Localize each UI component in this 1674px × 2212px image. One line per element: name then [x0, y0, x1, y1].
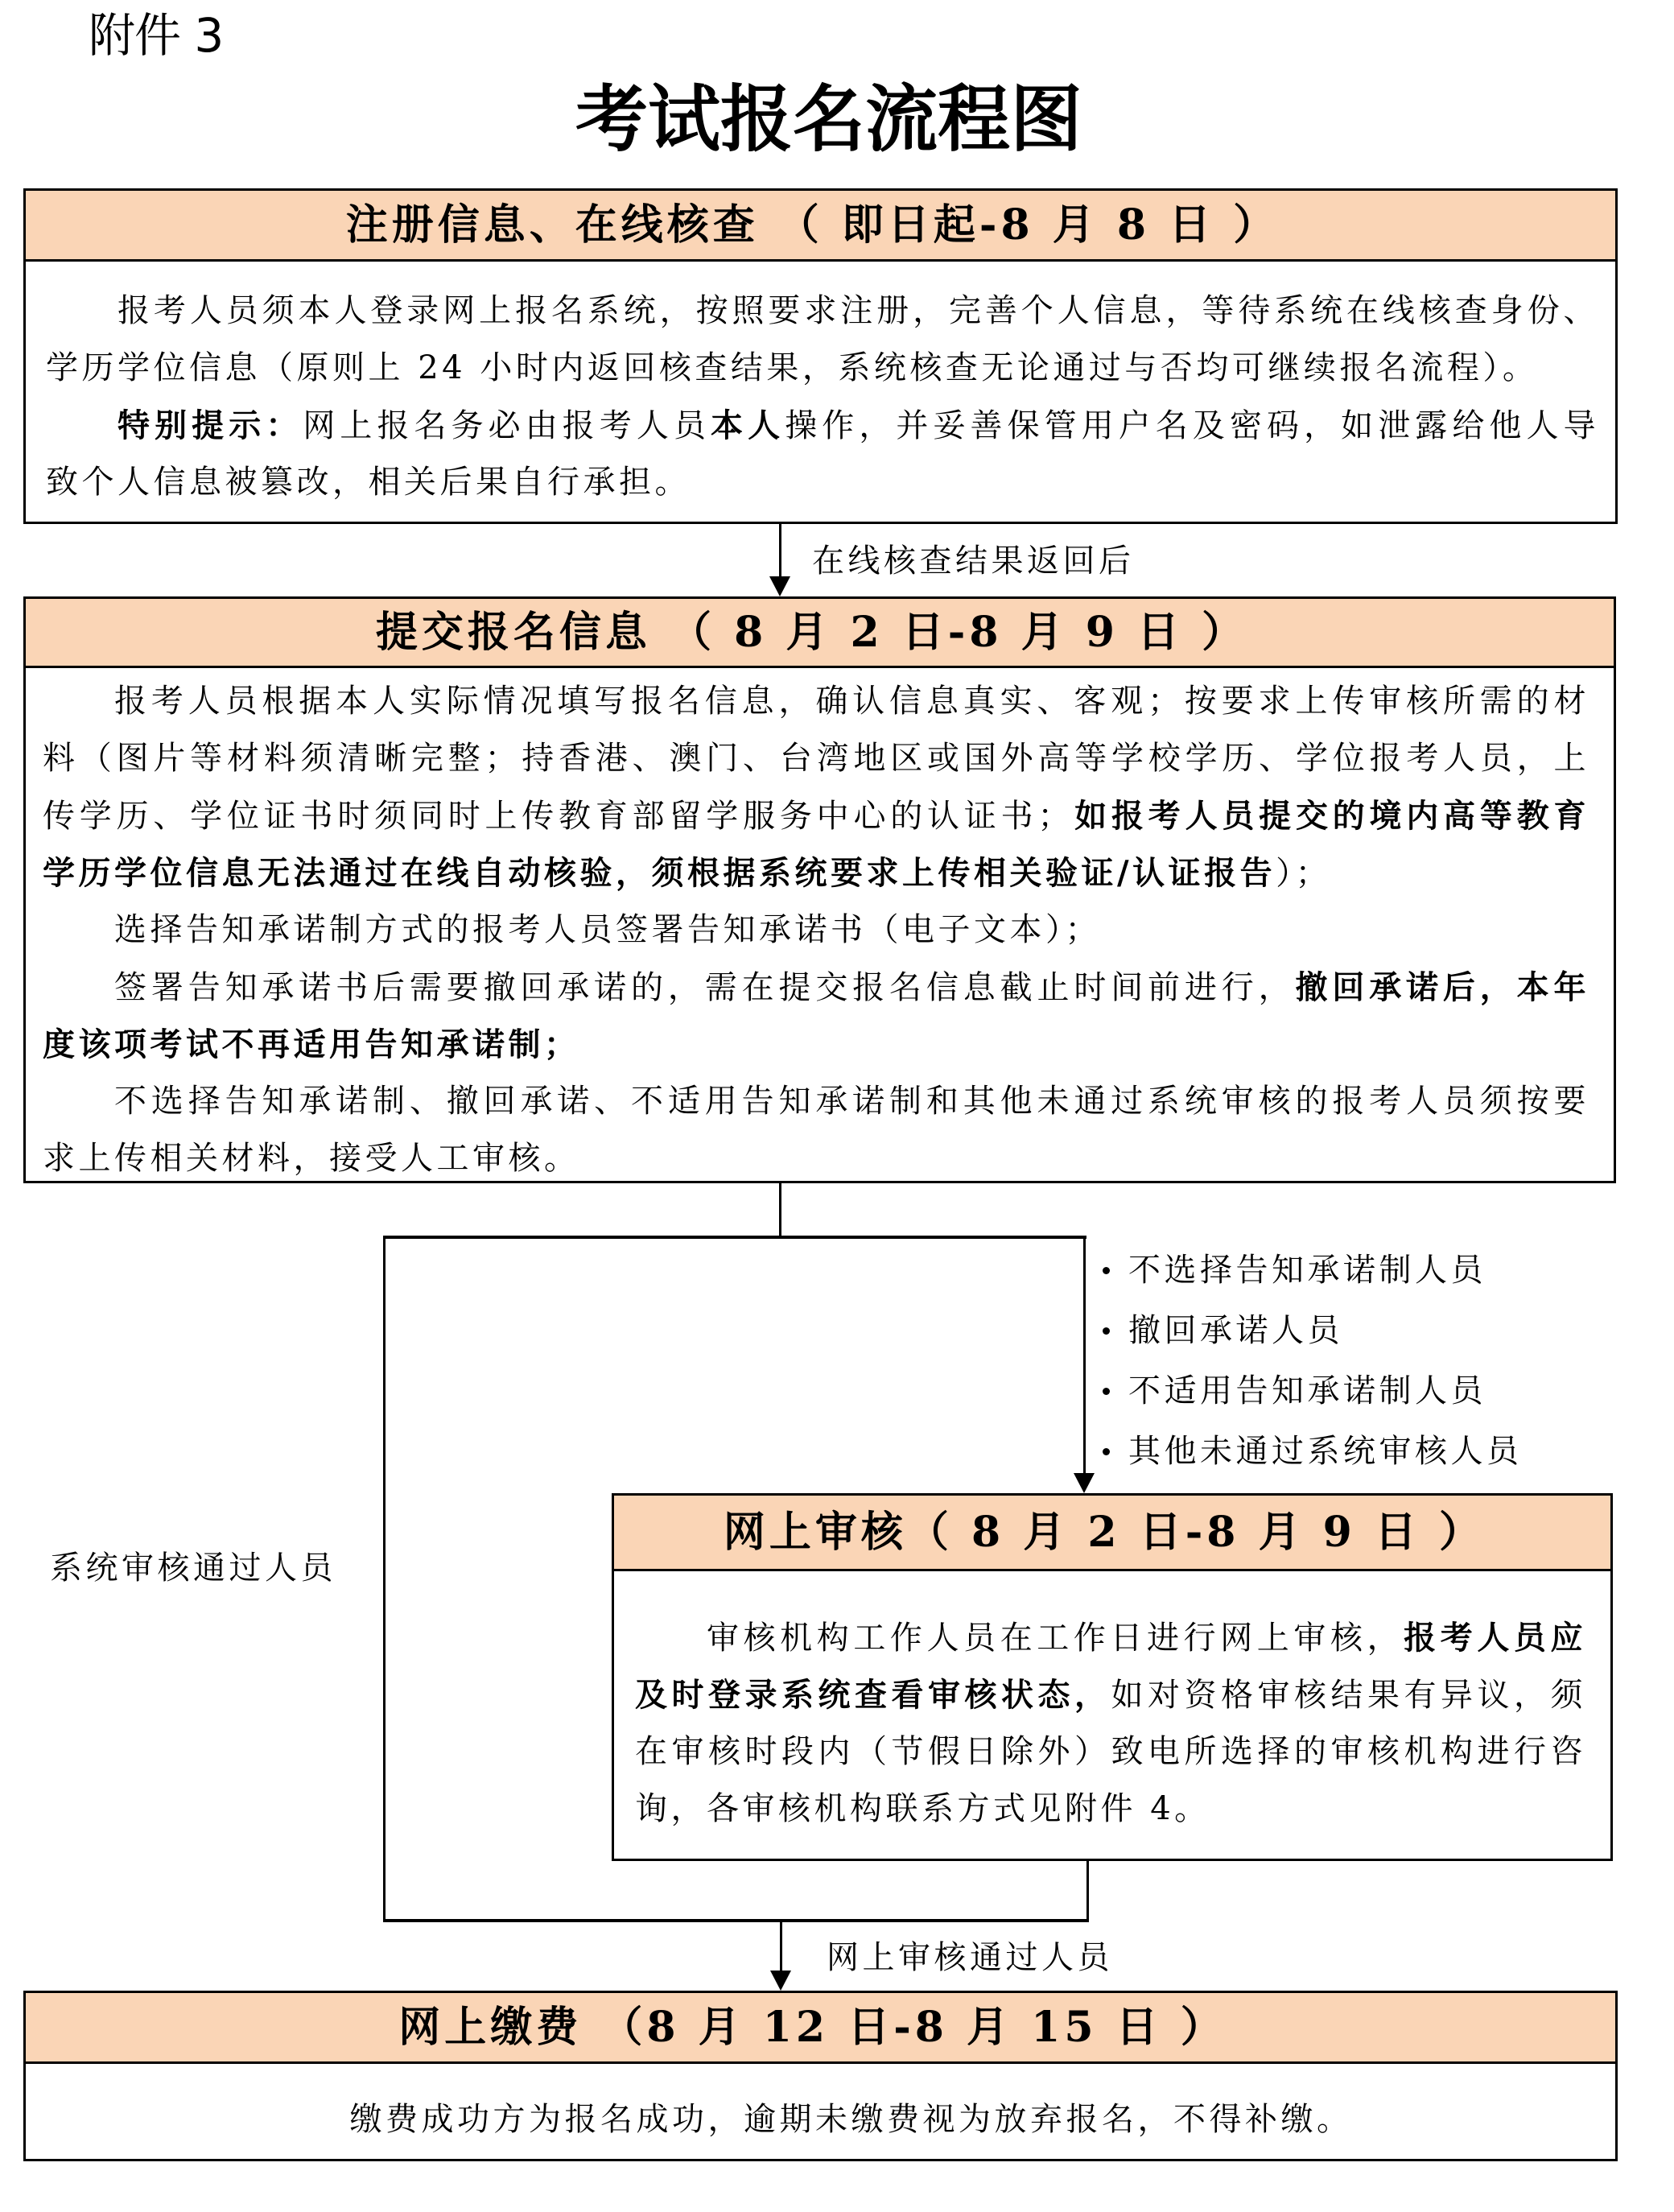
text-segment: 缴费成功方为报名成功，逾期未缴费视为放弃报名，不得补缴。 — [350, 2101, 1353, 2138]
text-segment-emphasis: 度该项考试不再适用告知承诺制； — [43, 1026, 580, 1063]
list-item: 不适用告知承诺制人员 — [1099, 1361, 1523, 1422]
flowchart-page: 附件 3 考试报名流程图 注册信息、在线核查 （ 即日起-8 月 8 日 ） 报… — [0, 0, 1674, 2212]
step-payment-body: 缴费成功方为报名成功，逾期未缴费视为放弃报名，不得补缴。 — [26, 2064, 1615, 2148]
text-segment: 网上报名务必由报考人员 — [303, 407, 711, 444]
bullet-icon — [1103, 1448, 1110, 1455]
bullet-icon — [1103, 1327, 1110, 1335]
body-line: 缴费成功方为报名成功，逾期未缴费视为放弃报名，不得补缴。 — [87, 2091, 1615, 2148]
list-item-label: 不选择告知承诺制人员 — [1128, 1240, 1486, 1301]
arrow-down-icon — [769, 576, 790, 596]
body-line: 报考人员根据本人实际情况填写报名信息，确认信息真实、客观；按要求上传审核所需的材 — [43, 673, 1589, 730]
page-title: 考试报名流程图 — [563, 79, 1095, 159]
connector-label-online-review-passed: 网上审核通过人员 — [827, 1929, 1113, 1986]
list-item: 撤回承诺人员 — [1099, 1301, 1523, 1361]
step-register-body: 报考人员须本人登录网上报名系统，按照要求注册，完善个人信息，等待系统在线核查身份… — [26, 262, 1615, 511]
connector-line — [779, 524, 781, 579]
body-line: 学历学位信息（原则上 24 小时内返回核查结果，系统核查无论通过与否均可继续报名… — [46, 340, 1599, 397]
body-line: 选择告知承诺制方式的报考人员签署告知承诺书（电子文本）； — [43, 902, 1589, 959]
body-line: 在审核时段内（节假日除外）致电所选择的审核机构进行咨 — [635, 1723, 1586, 1781]
step-online-review-box: 网上审核（ 8 月 2 日-8 月 9 日 ） 审核机构工作人员在工作日进行网上… — [612, 1493, 1613, 1861]
body-line: 料（图片等材料须清晰完整；持香港、澳门、台湾地区或国外高等学校学历、学位报考人员… — [43, 730, 1589, 787]
body-line: 不选择告知承诺制、撤回承诺、不适用告知承诺制和其他未通过系统审核的报考人员须按要 — [43, 1073, 1589, 1130]
step-payment-header: 网上缴费 （8 月 12 日-8 月 15 日 ） — [26, 1993, 1615, 2064]
text-segment: 选择告知承诺制方式的报考人员签署告知承诺书（电子文本）； — [114, 911, 1101, 948]
connector-line — [780, 1921, 782, 1971]
connector-line — [779, 1183, 781, 1237]
text-segment: 签署告知承诺书后需要撤回承诺的，需在提交报名信息截止时间前进行， — [114, 969, 1296, 1006]
list-item: 其他未通过系统审核人员 — [1099, 1422, 1523, 1482]
body-line: 询，各审核机构联系方式见附件 4。 — [635, 1781, 1586, 1838]
step-register-header: 注册信息、在线核查 （ 即日起-8 月 8 日 ） — [26, 191, 1615, 262]
system-passed-path-line — [383, 1236, 386, 1922]
text-segment-emphasis: 本人 — [711, 406, 785, 444]
text-segment: 询，各审核机构联系方式见附件 4。 — [635, 1790, 1210, 1827]
text-segment: 在审核时段内（节假日除外）致电所选择的审核机构进行咨 — [635, 1733, 1586, 1770]
text-segment: 不选择告知承诺制、撤回承诺、不适用告知承诺制和其他未通过系统审核的报考人员须按要 — [114, 1083, 1589, 1120]
text-segment-emphasis: 撤回承诺后，本年 — [1296, 968, 1590, 1006]
step-submit-body: 报考人员根据本人实际情况填写报名信息，确认信息真实、客观；按要求上传审核所需的材… — [26, 668, 1614, 1187]
body-line: 特别提示：网上报名务必由报考人员本人操作，并妥善保管用户名及密码，如泄露给他人导 — [46, 397, 1599, 454]
special-notice-label: 特别提示： — [118, 406, 303, 444]
text-segment: 报考人员须本人登录网上报名系统，按照要求注册，完善个人信息，等待系统在线核查身份… — [118, 292, 1599, 329]
text-segment-emphasis: 报考人员应 — [1404, 1619, 1586, 1657]
list-item-label: 其他未通过系统审核人员 — [1128, 1422, 1523, 1482]
step-payment-box: 网上缴费 （8 月 12 日-8 月 15 日 ） 缴费成功方为报名成功，逾期未… — [23, 1991, 1618, 2161]
step-submit-header: 提交报名信息 （ 8 月 2 日-8 月 9 日 ） — [26, 599, 1614, 668]
list-item-label: 撤回承诺人员 — [1128, 1301, 1343, 1361]
arrow-down-icon — [1074, 1473, 1095, 1493]
connector-line — [1086, 1861, 1089, 1921]
manual-review-path-line — [1083, 1236, 1086, 1473]
arrow-down-icon — [770, 1971, 791, 1991]
text-segment-emphasis: 及时登录系统查看审核状态， — [635, 1676, 1111, 1714]
bullet-icon — [1103, 1388, 1110, 1395]
body-line: 学历学位信息无法通过在线自动核验，须根据系统要求上传相关验证/认证报告）； — [43, 844, 1589, 902]
text-segment: 审核机构工作人员在工作日进行网上审核， — [707, 1620, 1404, 1657]
step-online-review-header: 网上审核（ 8 月 2 日-8 月 9 日 ） — [614, 1496, 1610, 1571]
list-item-label: 不适用告知承诺制人员 — [1128, 1361, 1486, 1422]
text-segment: 学历学位信息（原则上 24 小时内返回核查结果，系统核查无论通过与否均可继续报名… — [46, 349, 1538, 386]
body-line: 致个人信息被篡改，相关后果自行承担。 — [46, 454, 1599, 511]
body-line: 及时登录系统查看审核状态，如对资格审核结果有异议，须 — [635, 1666, 1586, 1723]
text-segment: ）； — [1276, 855, 1331, 892]
body-line: 审核机构工作人员在工作日进行网上审核，报考人员应 — [635, 1609, 1586, 1666]
step-register-box: 注册信息、在线核查 （ 即日起-8 月 8 日 ） 报考人员须本人登录网上报名系… — [23, 188, 1618, 524]
step-submit-box: 提交报名信息 （ 8 月 2 日-8 月 9 日 ） 报考人员根据本人实际情况填… — [23, 596, 1616, 1183]
text-segment: 如对资格审核结果有异议，须 — [1111, 1677, 1587, 1714]
text-segment: 报考人员根据本人实际情况填写报名信息，确认信息真实、客观；按要求上传审核所需的材 — [114, 683, 1589, 720]
connector-label-system-passed: 系统审核通过人员 — [50, 1540, 336, 1596]
connector-label-after-register: 在线核查结果返回后 — [812, 533, 1135, 589]
text-segment: 致个人信息被篡改，相关后果自行承担。 — [46, 464, 691, 501]
text-segment: 传学历、学位证书时须同时上传教育部留学服务中心的认证书； — [43, 798, 1074, 835]
attachment-label: 附件 3 — [89, 6, 223, 64]
bullet-icon — [1103, 1267, 1110, 1274]
body-line: 报考人员须本人登录网上报名系统，按照要求注册，完善个人信息，等待系统在线核查身份… — [46, 283, 1599, 340]
text-segment-emphasis: 如报考人员提交的境内高等教育 — [1074, 797, 1589, 835]
text-segment: 料（图片等材料须清晰完整；持香港、澳门、台湾地区或国外高等学校学历、学位报考人员… — [43, 740, 1589, 777]
branch-split-line — [383, 1236, 1086, 1239]
manual-review-criteria-list: 不选择告知承诺制人员 撤回承诺人员 不适用告知承诺制人员 其他未通过系统审核人员 — [1099, 1240, 1523, 1482]
body-line: 求上传相关材料，接受人工审核。 — [43, 1130, 1589, 1187]
branch-merge-line — [383, 1919, 1089, 1922]
list-item: 不选择告知承诺制人员 — [1099, 1240, 1523, 1301]
text-segment-emphasis: 学历学位信息无法通过在线自动核验，须根据系统要求上传相关验证/认证报告 — [43, 854, 1276, 892]
text-segment: 求上传相关材料，接受人工审核。 — [43, 1140, 580, 1177]
body-line: 度该项考试不再适用告知承诺制； — [43, 1016, 1589, 1073]
body-line: 传学历、学位证书时须同时上传教育部留学服务中心的认证书；如报考人员提交的境内高等… — [43, 787, 1589, 844]
body-line: 签署告知承诺书后需要撤回承诺的，需在提交报名信息截止时间前进行，撤回承诺后，本年 — [43, 959, 1589, 1016]
text-segment: 操作，并妥善保管用户名及密码，如泄露给他人导 — [785, 407, 1599, 444]
step-online-review-body: 审核机构工作人员在工作日进行网上审核，报考人员应 及时登录系统查看审核状态，如对… — [614, 1571, 1610, 1838]
